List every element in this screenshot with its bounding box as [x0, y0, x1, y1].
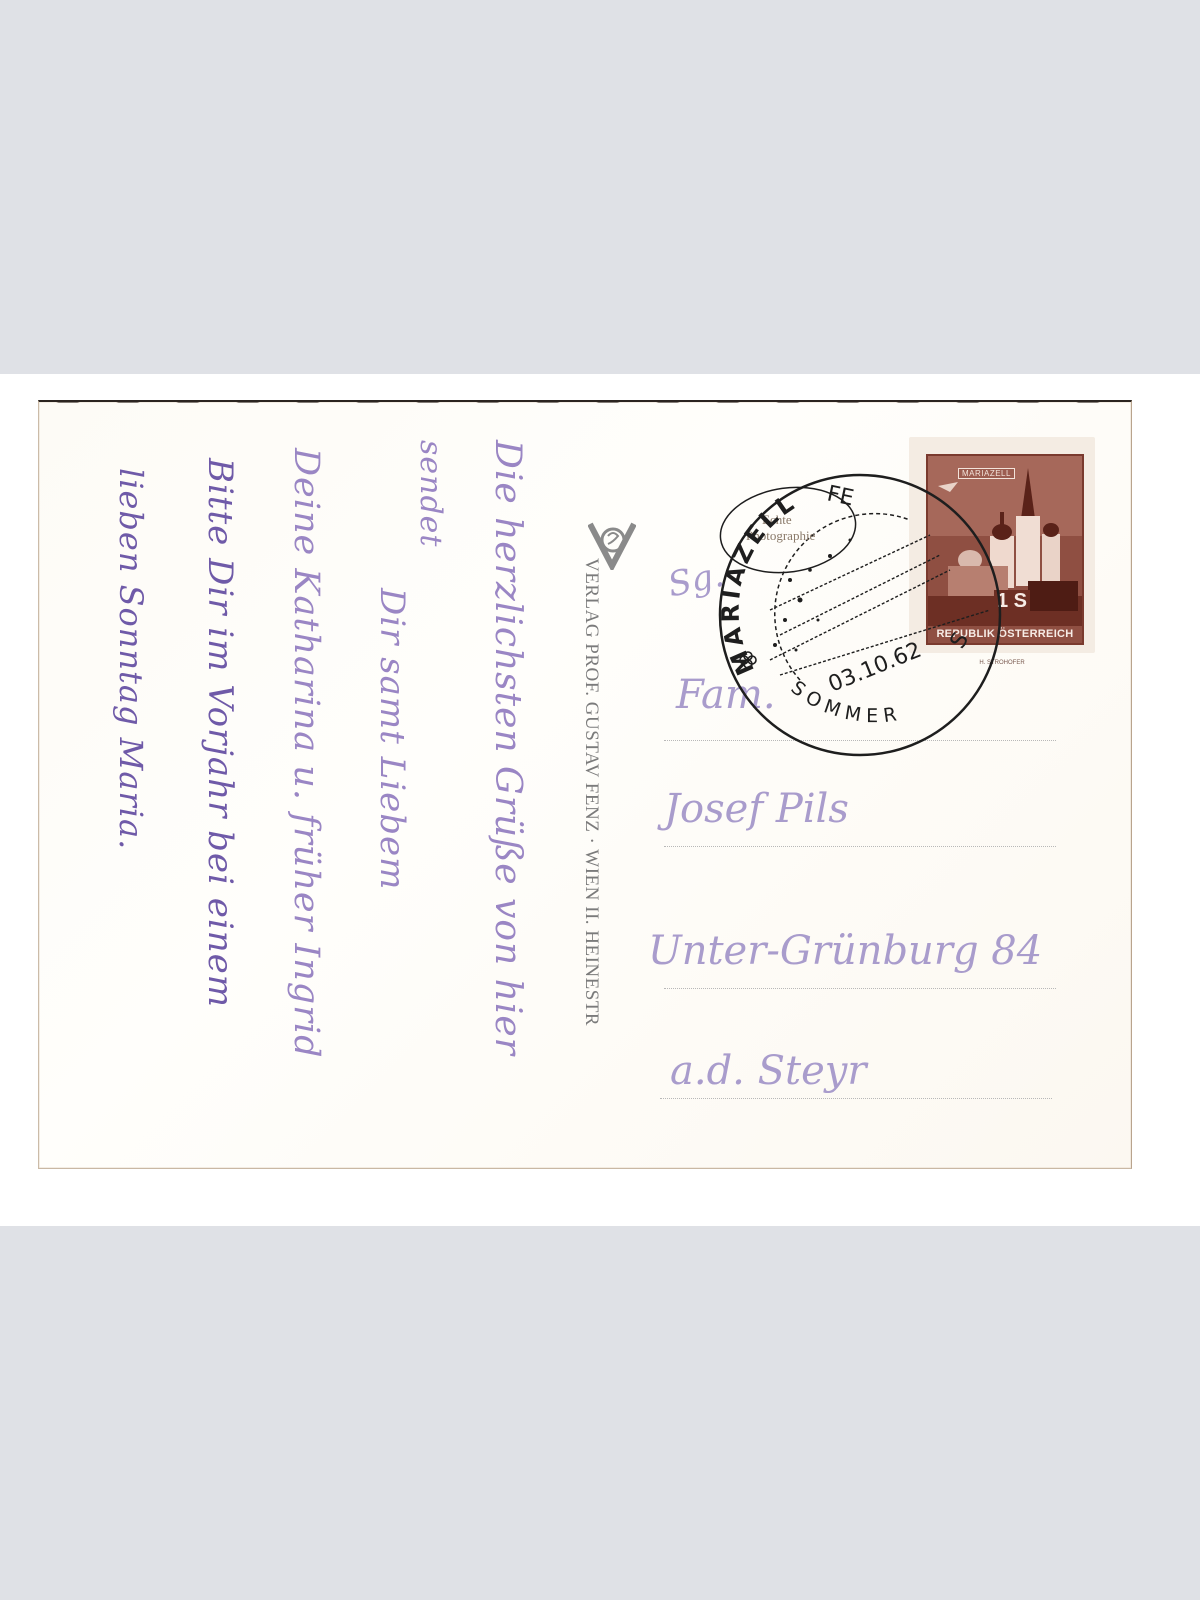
- address-line-1: Fam.: [676, 672, 776, 718]
- address-line-4: a.d. Steyr: [670, 1048, 866, 1094]
- message-line-6: lieben Sonntag Maria.: [112, 468, 150, 850]
- address-rule-4: [660, 1098, 1052, 1099]
- stamp-image: MARIAZELL 1 S REPUBLIK ÖSTERREICH: [926, 454, 1084, 645]
- stamp-designer: H. STROHOFER: [909, 660, 1095, 666]
- address-rule-2: [664, 846, 1056, 847]
- address-line-3: Unter-Grünburg 84: [648, 928, 1042, 974]
- message-line-4: Deine Katharina u. früher Ingrid: [286, 448, 326, 1059]
- postage-stamp: MARIAZELL 1 S REPUBLIK ÖSTERREICH H. STR…: [909, 437, 1095, 653]
- message-line-1: Die herzlichsten Grüße von hier: [487, 440, 528, 1056]
- stamp-caption: MARIAZELL: [958, 468, 1015, 479]
- stamp-denomination: 1 S: [994, 590, 1030, 613]
- message-line-3: Dir samt Liebem: [372, 588, 412, 890]
- publisher-imprint: VERLAG PROF. GUSTAV FENZ · WIEN II. HEIN…: [580, 558, 602, 1026]
- address-rule-3: [664, 988, 1056, 989]
- address-rule-1: [664, 740, 1056, 741]
- message-line-5: Bitte Dir im Vorjahr bei einem: [200, 458, 240, 1008]
- message-line-2: sendet: [413, 440, 448, 547]
- address-line-2: Josef Pils: [664, 786, 849, 832]
- stamp-country: REPUBLIK ÖSTERREICH: [930, 628, 1080, 640]
